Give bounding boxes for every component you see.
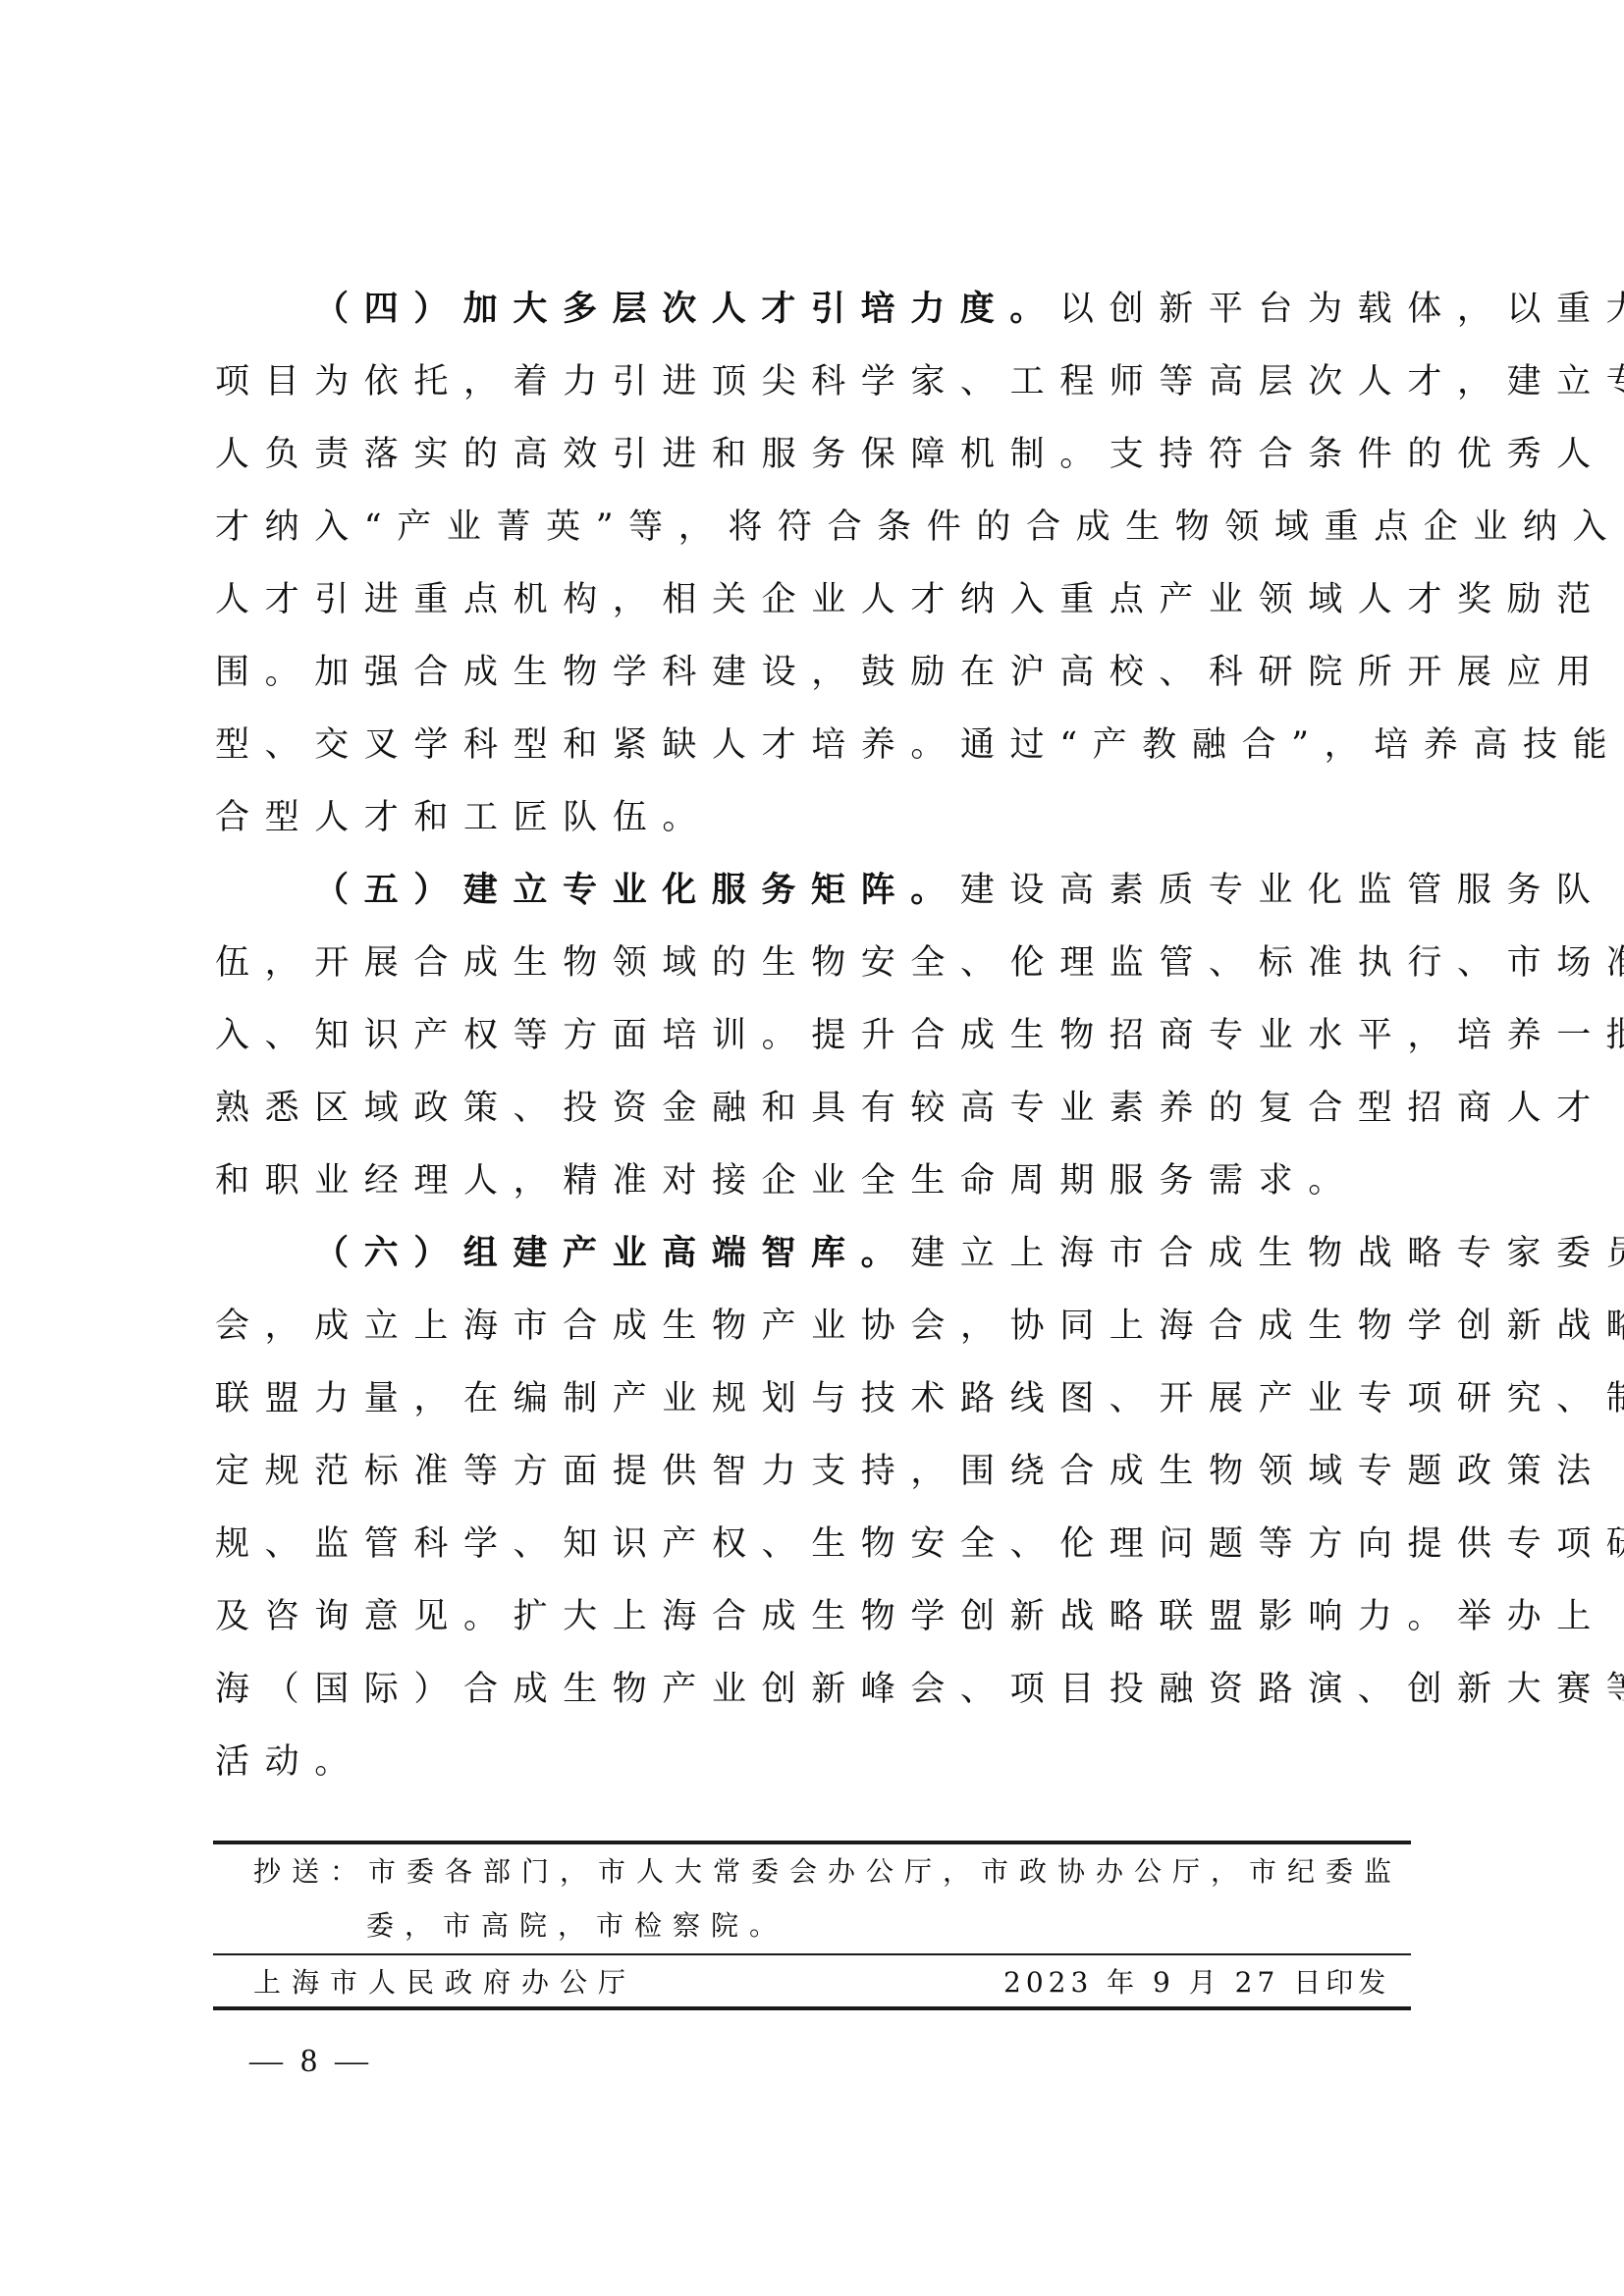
paragraph-line: 规、监管科学、知识产权、生物安全、伦理问题等方向提供专项研究 <box>215 1508 1415 1580</box>
cc-recipients: 市委各部门，市人大常委会办公厅，市政协办公厅，市纪委监 <box>368 1855 1402 1888</box>
issue-date: 2023 年 9 月 27 日印发 <box>1003 1963 1390 2002</box>
footer-top-rule <box>213 1841 1411 1844</box>
paragraph-line: 围。加强合成生物学科建设，鼓励在沪高校、科研院所开展应用 <box>215 636 1415 709</box>
paragraph-line: 才纳入“产业菁英”等，将符合条件的合成生物领域重点企业纳入 <box>215 491 1415 563</box>
paragraph-line: 合型人才和工匠队伍。 <box>215 781 1415 854</box>
paragraph-line: 人才引进重点机构，相关企业人才纳入重点产业领域人才奖励范 <box>215 563 1415 636</box>
cc-label: 抄送： <box>253 1855 368 1888</box>
section-heading: （六）组建产业高端智库。 <box>314 1233 910 1273</box>
paragraph-line: 项目为依托，着力引进顶尖科学家、工程师等高层次人才，建立专 <box>215 346 1415 418</box>
cc-line-1: 抄送：市委各部门，市人大常委会办公厅，市政协办公厅，市纪委监 <box>253 1852 1402 1892</box>
paragraph-line: 活动。 <box>215 1726 1415 1798</box>
paragraph-line: （六）组建产业高端智库。建立上海市合成生物战略专家委员 <box>215 1217 1415 1290</box>
paragraph-line: 型、交叉学科型和紧缺人才培养。通过“产教融合”，培养高技能复 <box>215 709 1415 781</box>
paragraph-text: 建立上海市合成生物战略专家委员 <box>910 1234 1624 1273</box>
paragraph-line: 伍，开展合成生物领域的生物安全、伦理监管、标准执行、市场准 <box>215 927 1415 999</box>
paragraph-text: 以创新平台为载体，以重大 <box>1059 290 1624 329</box>
issuer-name: 上海市人民政府办公厅 <box>253 1963 636 2002</box>
paragraph-line: 熟悉区域政策、投资金融和具有较高专业素养的复合型招商人才 <box>215 1072 1415 1145</box>
document-body: （四）加大多层次人才引培力度。以创新平台为载体，以重大 项目为依托，着力引进顶尖… <box>215 273 1415 1798</box>
paragraph-line: （四）加大多层次人才引培力度。以创新平台为载体，以重大 <box>215 273 1415 346</box>
paragraph-line: 及咨询意见。扩大上海合成生物学创新战略联盟影响力。举办上 <box>215 1580 1415 1653</box>
dash-left: — <box>249 2043 300 2079</box>
page-number-value: 8 <box>300 2043 335 2079</box>
paragraph-line: 定规范标准等方面提供智力支持，围绕合成生物领域专题政策法 <box>215 1435 1415 1508</box>
paragraph-line: 人负责落实的高效引进和服务保障机制。支持符合条件的优秀人 <box>215 418 1415 491</box>
section-heading: （四）加大多层次人才引培力度。 <box>314 289 1059 329</box>
paragraph-line: 会，成立上海市合成生物产业协会，协同上海合成生物学创新战略 <box>215 1290 1415 1362</box>
paragraph-line: 联盟力量，在编制产业规划与技术路线图、开展产业专项研究、制 <box>215 1362 1415 1435</box>
footer-middle-rule <box>213 1953 1411 1955</box>
paragraph-line: （五）建立专业化服务矩阵。建设高素质专业化监管服务队 <box>215 854 1415 927</box>
page-number: —8— <box>249 2040 386 2083</box>
paragraph-text: 建设高素质专业化监管服务队 <box>960 871 1606 910</box>
footer-bottom-rule <box>213 2006 1411 2010</box>
section-heading: （五）建立专业化服务矩阵。 <box>314 870 960 910</box>
document-page: （四）加大多层次人才引培力度。以创新平台为载体，以重大 项目为依托，着力引进顶尖… <box>0 0 1624 2296</box>
paragraph-line: 海（国际）合成生物产业创新峰会、项目投融资路演、创新大赛等 <box>215 1653 1415 1726</box>
paragraph-line: 和职业经理人，精准对接企业全生命周期服务需求。 <box>215 1145 1415 1217</box>
dash-right: — <box>335 2043 386 2079</box>
cc-line-2: 委，市高院，市检察院。 <box>366 1906 787 1946</box>
paragraph-line: 入、知识产权等方面培训。提升合成生物招商专业水平，培养一批 <box>215 999 1415 1072</box>
